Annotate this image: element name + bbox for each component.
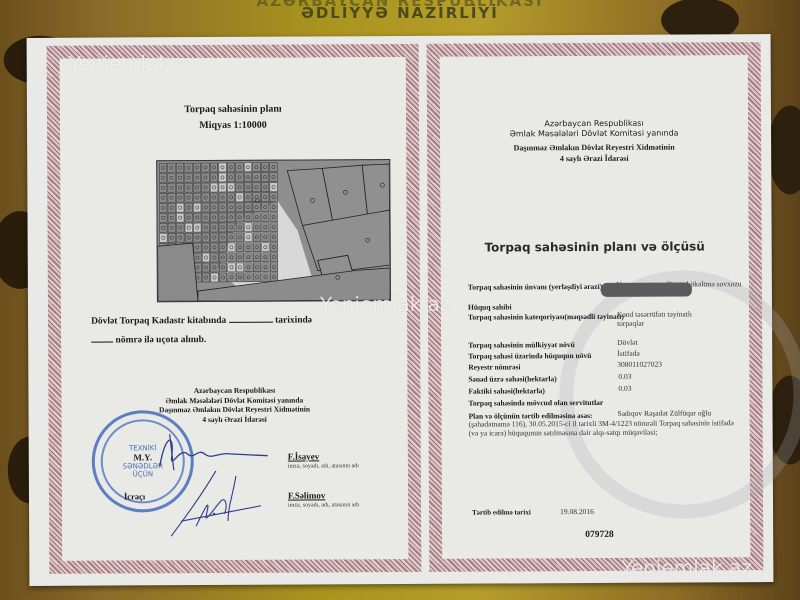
land-plot-map xyxy=(156,159,391,302)
field-label-registry-number: Reyestr nömrəsi xyxy=(468,362,520,371)
field-label-address: Torpaq sahəsinin ünvanı (yerləşdiyi əraz… xyxy=(468,282,602,292)
cadastral-map-graphic xyxy=(157,160,390,301)
field-label-owner: Hüquq sahibi xyxy=(468,302,512,311)
serial-number: 079728 xyxy=(585,530,614,540)
cadastre-text-c: nömrə ilə uçota alınıb. xyxy=(116,335,207,345)
right-page-content: Azərbaycan Respublikası Əmlak Məsələləri… xyxy=(440,55,751,559)
cadastre-text-a: Dövlət Torpaq Kadastr kitabında xyxy=(91,316,226,327)
document-sheet: Torpaq sahəsinin planı Miqyas 1:10000 Dö… xyxy=(27,34,774,586)
date-label: Tərtib edilmə tarixi xyxy=(472,508,531,516)
authority-line: Əmlak Məsələləri Dövlət Komitəsi yanında xyxy=(440,128,748,140)
cadastre-line-1: Dövlət Torpaq Kadastr kitabında tarixind… xyxy=(91,315,312,326)
field-label-category: Torpaq sahəsinin kateqoriyası(məqsədli t… xyxy=(468,312,624,322)
plan-scale: Miqyas 1:10000 xyxy=(60,119,406,132)
document-title: Torpaq sahəsinin planı və ölçüsü xyxy=(441,239,749,255)
signer-2-name: F.Səlimov xyxy=(288,490,325,500)
background-seal-watermark xyxy=(559,270,800,519)
field-value-ownership-type: Dövlət xyxy=(617,338,637,347)
number-blank xyxy=(91,342,113,343)
field-value-actual-area: 0.03 xyxy=(618,384,631,393)
field-value-category: Kənd təsərrüfatı təyinatlı torpaqlar xyxy=(617,309,717,328)
redacted-owner-name xyxy=(601,282,692,296)
authority-block: Azərbaycan Respublikası Əmlak Məsələləri… xyxy=(440,118,748,140)
field-label-document-area: Sənəd üzrə sahəsi(hektarla) xyxy=(468,374,556,383)
plan-title: Torpaq sahəsinin planı xyxy=(60,103,406,116)
date-value: 19.08.2016 xyxy=(560,507,594,516)
basis-value-name: Sadıqov Rəşadət Zülfüqar oğlu xyxy=(618,408,712,417)
cadastre-text-b: tarixində xyxy=(275,315,312,325)
date-blank xyxy=(229,322,273,323)
signature-2 xyxy=(166,466,266,542)
field-label-actual-area: Faktiki sahəsi(hektarla) xyxy=(468,386,545,395)
field-label-right-type: Torpaq sahəsi üzərində hüququn növü xyxy=(468,351,591,361)
field-label-ownership-type: Torpaq sahəsinin mülkiyyət növü xyxy=(468,340,575,350)
right-page: Azərbaycan Respublikası Əmlak Məsələləri… xyxy=(427,42,764,572)
cadastre-line-2: nömrə ilə uçota alınıb. xyxy=(91,335,206,346)
signer-1-caption: imza, soyadı, adı, atasının adı xyxy=(288,463,359,469)
folder-label-main: ƏDLİYYƏ NAZİRLİYİ xyxy=(0,4,800,22)
signer-2-caption: imza, soyadı, adı, atasının adı xyxy=(288,502,359,508)
office-block: Daşınmaz Əmlakın Dövlət Reyestri Xidməti… xyxy=(440,141,748,165)
field-value-document-area: 0.03 xyxy=(618,372,631,381)
field-value-registry-number: 308011027023 xyxy=(617,360,662,369)
field-value-right-type: İstifadə xyxy=(617,349,640,358)
basis-value-line-3: (və ya icarə) hüququnun satılmasına dair… xyxy=(469,428,658,438)
signer-1-name: F.İsayev xyxy=(288,451,319,461)
left-page-content: Torpaq sahəsinin planı Miqyas 1:10000 Dö… xyxy=(60,57,409,561)
left-page: Torpaq sahəsinin planı Miqyas 1:10000 Dö… xyxy=(47,44,422,574)
office-line: 4 saylı Ərazi İdarəsi xyxy=(440,152,748,165)
field-label-servitudes: Torpaq sahəsində mövcud olan servitutlar xyxy=(468,398,603,408)
executor-label: İcraçı xyxy=(124,491,145,501)
